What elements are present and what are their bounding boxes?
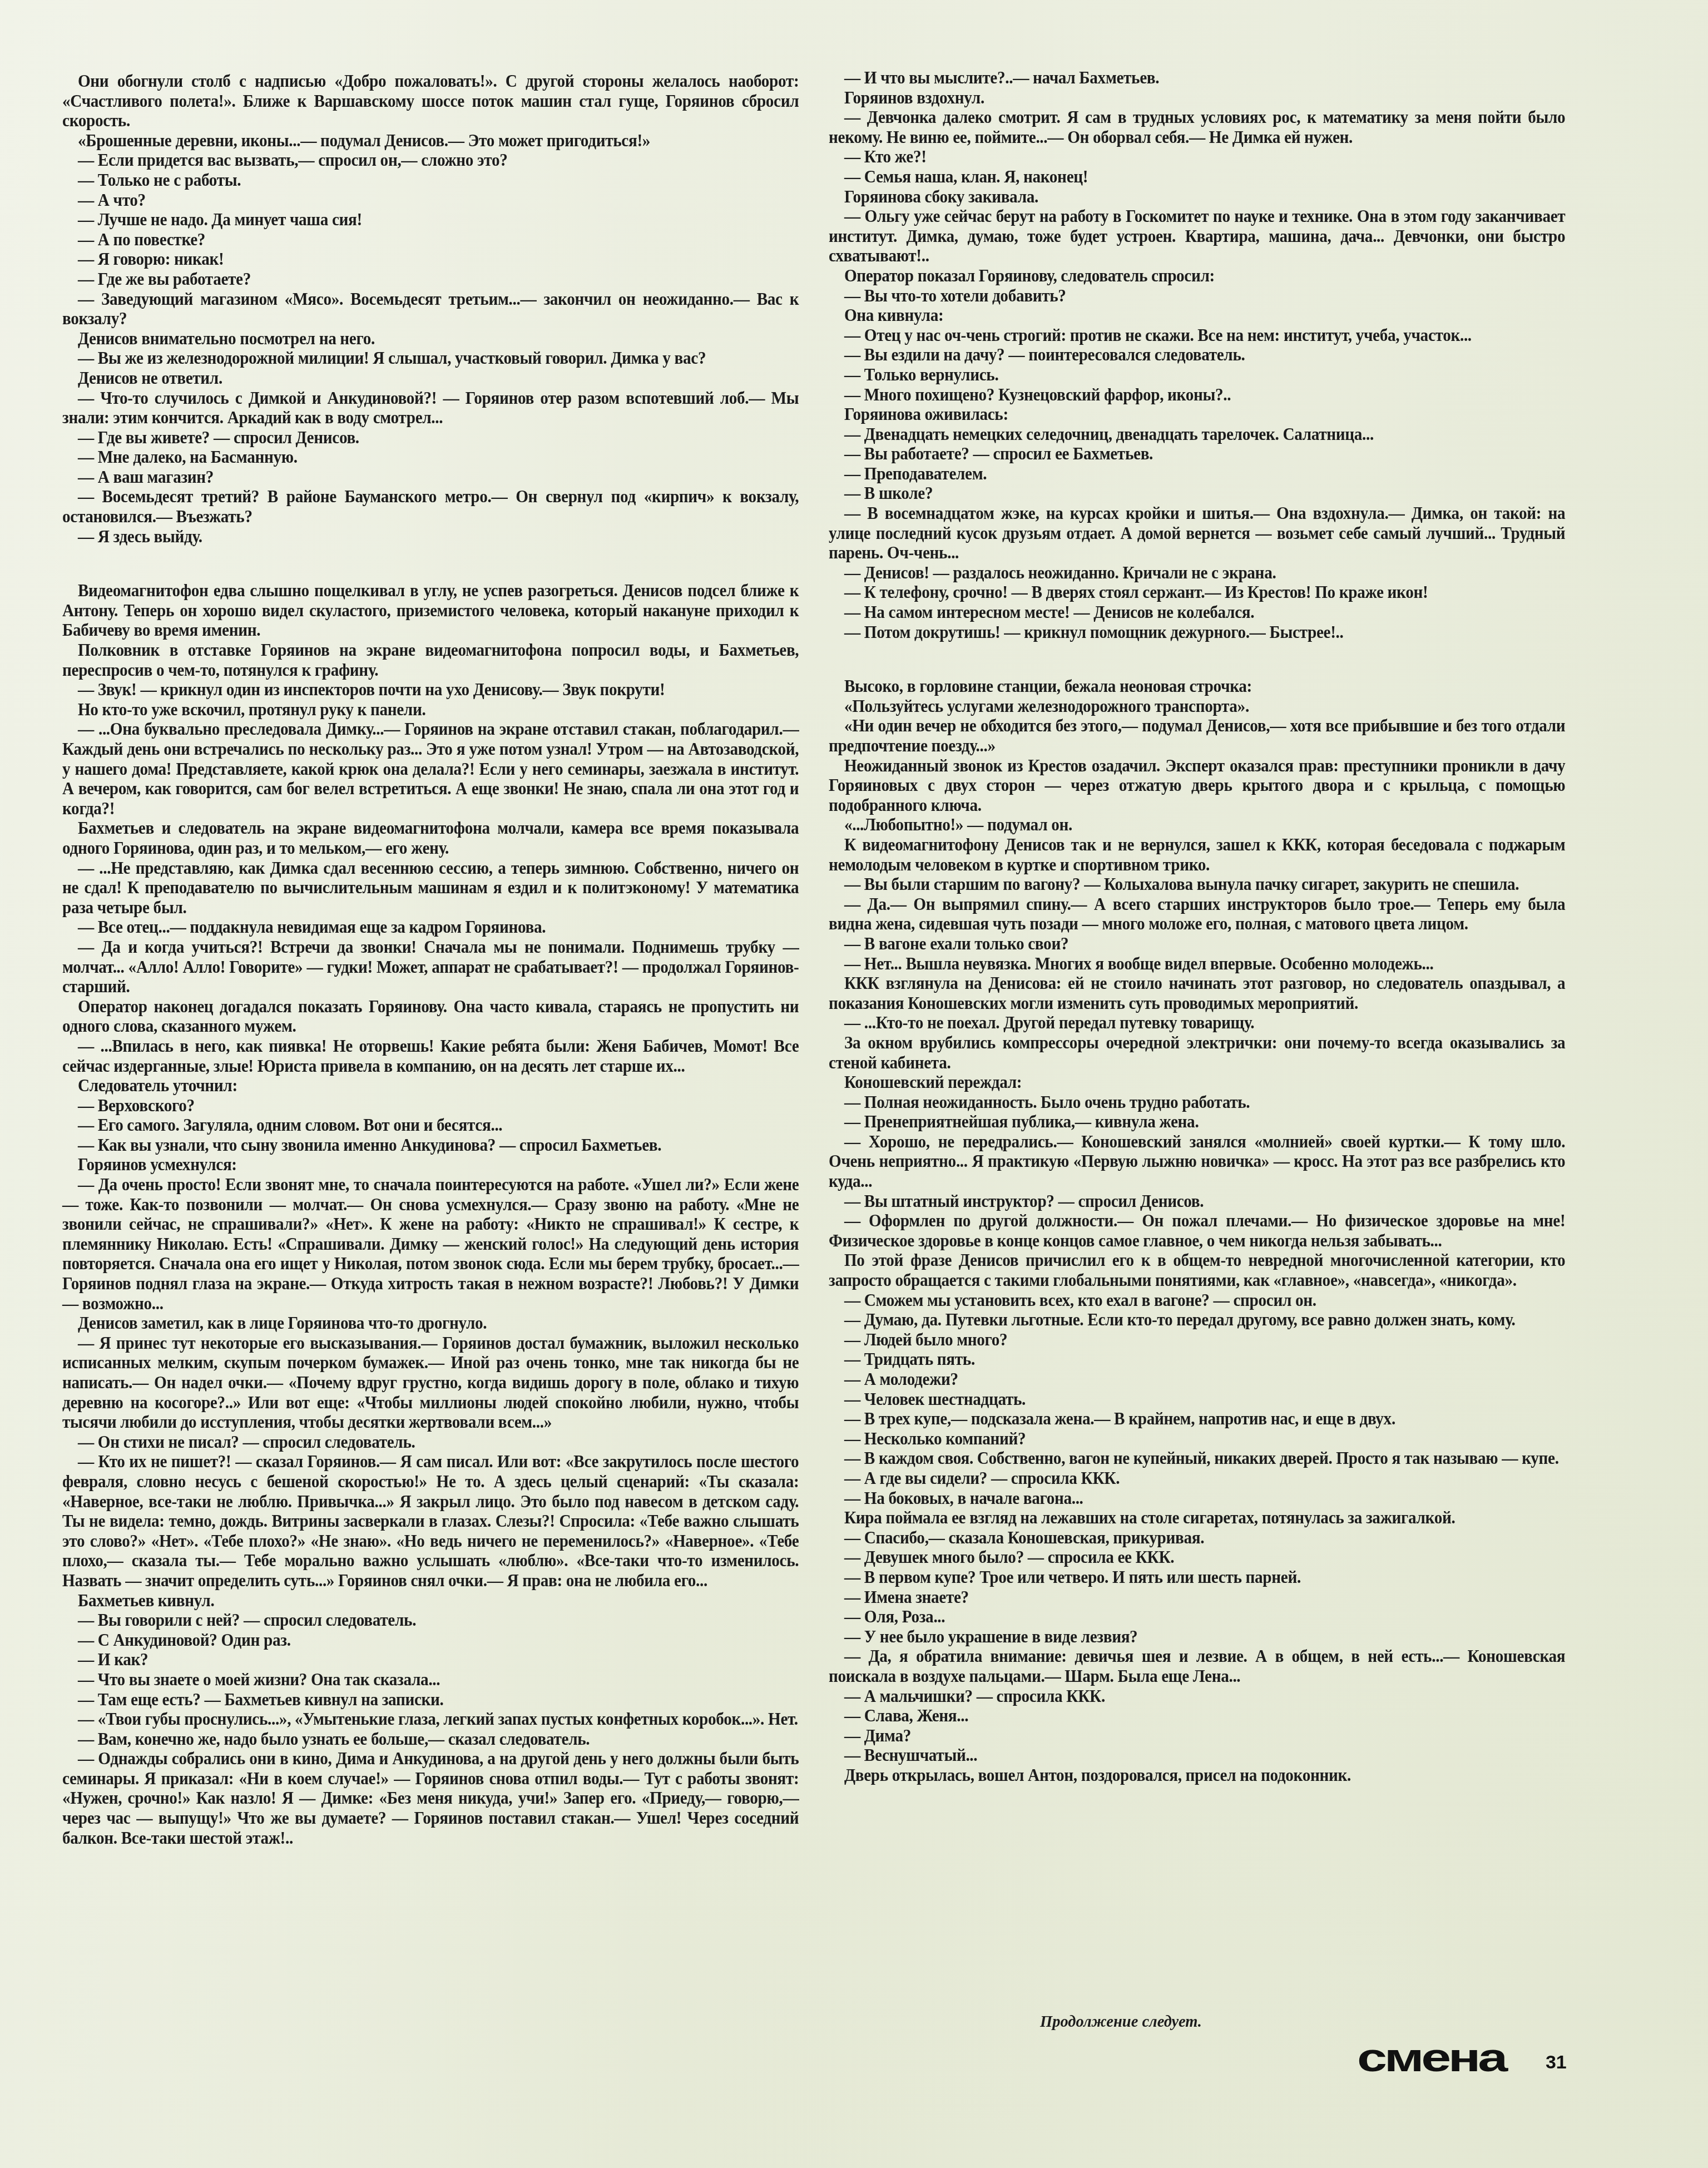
paragraph: — Мне далеко, на Басманную.	[62, 447, 799, 467]
paragraph: — Оля, Роза...	[829, 1607, 1565, 1627]
paragraph: — Пренеприятнейшая публика,— кивнула жен…	[829, 1112, 1565, 1132]
paragraph: — А где вы сидели? — спросила ККК.	[829, 1468, 1565, 1488]
paragraph: — ...Не представляю, как Димка сдал весе…	[62, 858, 799, 918]
paragraph: — Денисов! — раздалось неожиданно. Крича…	[829, 563, 1565, 583]
paragraph: — Оформлен по другой должности.— Он пожа…	[829, 1211, 1565, 1250]
paragraph: — Он стихи не писал? — спросил следовате…	[62, 1432, 799, 1452]
continued-note: Продолжение следует.	[1040, 2012, 1202, 2031]
paragraph: Она кивнула:	[829, 305, 1565, 325]
paragraph: — К телефону, срочно! — В дверях стоял с…	[829, 582, 1565, 602]
paragraph: — Где вы живете? — спросил Денисов.	[62, 428, 799, 448]
paragraph: — В вагоне ехали только свои?	[829, 934, 1565, 954]
paragraph: — Ольгу уже сейчас берут на работу в Гос…	[829, 206, 1565, 266]
paragraph: — Да и когда учиться?! Встречи да звонки…	[62, 937, 799, 997]
paragraph: К видеомагнитофону Денисов так и не верн…	[829, 835, 1565, 874]
paragraph: — Лучше не надо. Да минует чаша сия!	[62, 210, 799, 230]
paragraph: — Много похищено? Кузнецовский фарфор, и…	[829, 385, 1565, 405]
paragraph: Дверь открылась, вошел Антон, поздоровал…	[829, 1765, 1565, 1785]
paragraph: — Веснушчатый...	[829, 1745, 1565, 1765]
paragraph: Неожиданный звонок из Крестов озадачил. …	[829, 756, 1565, 815]
magazine-logo: смена	[1357, 2042, 1505, 2073]
paragraph: — На боковых, в начале вагона...	[829, 1488, 1565, 1508]
paragraph: — И как?	[62, 1650, 799, 1670]
paragraph: Они обогнули столб с надписью «Добро пож…	[62, 71, 799, 131]
paragraph: — Я принес тут некоторые его высказывани…	[62, 1333, 799, 1432]
paragraph: — Да.— Он выпрямил спину.— А всего старш…	[829, 894, 1565, 934]
paragraph: — Имена знаете?	[829, 1587, 1565, 1607]
paragraph: Коношевский переждал:	[829, 1072, 1565, 1092]
paragraph: Полковник в отставке Горяинов на экране …	[62, 640, 799, 680]
paragraph: — А молодежи?	[829, 1369, 1565, 1389]
paragraph: «Ни один вечер не обходится без этого,— …	[829, 716, 1565, 755]
paragraph: — Да, я обратила внимание: девичья шея и…	[829, 1646, 1565, 1686]
paragraph: — Я здесь выйду.	[62, 527, 799, 547]
paragraph: — Вы были старшим по вагону? — Колыхалов…	[829, 874, 1565, 894]
paragraph: — А ваш магазин?	[62, 467, 799, 487]
paragraph: — Полная неожиданность. Было очень трудн…	[829, 1092, 1565, 1112]
paragraph: Денисов внимательно посмотрел на него.	[62, 329, 799, 349]
paragraph: — Людей было много?	[829, 1330, 1565, 1350]
paragraph: Следователь уточнил:	[62, 1076, 799, 1096]
paragraph: — Нет... Вышла неувязка. Многих я вообще…	[829, 954, 1565, 974]
paragraph: — Верховского?	[62, 1096, 799, 1116]
paragraph: — Вы ездили на дачу? — поинтересовался с…	[829, 345, 1565, 365]
paragraph: Высоко, в горловине станции, бежала неон…	[829, 676, 1565, 696]
paragraph: — В восемнадцатом жэке, на курсах кройки…	[829, 503, 1565, 563]
paragraph: — ...Она буквально преследовала Димку...…	[62, 719, 799, 818]
paragraph: — Его самого. Загуляла, одним словом. Во…	[62, 1115, 799, 1135]
paragraph: Оператор показал Горяинову, следователь …	[829, 266, 1565, 286]
paragraph: — Спасибо,— сказала Коношевская, прикури…	[829, 1528, 1565, 1548]
paragraph: — Только вернулись.	[829, 365, 1565, 385]
paragraph: — А мальчишки? — спросила ККК.	[829, 1686, 1565, 1706]
paragraph: — В трех купе,— подсказала жена.— В край…	[829, 1409, 1565, 1429]
paragraph: — Вы что-то хотели добавить?	[829, 286, 1565, 306]
paragraph: — Где же вы работаете?	[62, 269, 799, 289]
paragraph: Горяинов вздохнул.	[829, 88, 1565, 108]
paragraph: — Думаю, да. Путевки льготные. Если кто-…	[829, 1310, 1565, 1330]
paragraph: По этой фразе Денисов причислил его к в …	[829, 1250, 1565, 1290]
paragraph: — Преподавателем.	[829, 464, 1565, 484]
paragraph: — Дима?	[829, 1726, 1565, 1746]
paragraph: — Заведующий магазином «Мясо». Восемьдес…	[62, 289, 799, 329]
paragraph: Бахметьев кивнул.	[62, 1591, 799, 1611]
paragraph: — Я говорю: никак!	[62, 249, 799, 269]
paragraph: «Брошенные деревни, иконы...— подумал Де…	[62, 131, 799, 151]
paragraph: — Кто их не пишет?! — сказал Горяинов.— …	[62, 1452, 799, 1590]
paragraph: — Что вы знаете о моей жизни? Она так ск…	[62, 1670, 799, 1690]
paragraph: — Там еще есть? — Бахметьев кивнул на за…	[62, 1690, 799, 1710]
paragraph: — А по повестке?	[62, 230, 799, 250]
paragraph: Горяинова оживилась:	[829, 404, 1565, 424]
paragraph: Бахметьев и следователь на экране видеом…	[62, 818, 799, 858]
paragraph: — Что-то случилось с Димкой и Анкудиново…	[62, 388, 799, 428]
paragraph: — Восемьдесят третий? В районе Бауманско…	[62, 487, 799, 526]
paragraph: Кира поймала ее взгляд на лежавших на ст…	[829, 1508, 1565, 1528]
paragraph: — На самом интересном месте! — Денисов н…	[829, 602, 1565, 622]
paragraph: Денисов заметил, как в лице Горяинова чт…	[62, 1313, 799, 1333]
paragraph: — Вы же из железнодорожной милиции! Я сл…	[62, 348, 799, 368]
paragraph: «Пользуйтесь услугами железнодорожного т…	[829, 696, 1565, 716]
paragraph: — Человек шестнадцать.	[829, 1389, 1565, 1409]
paragraph: — Отец у нас оч-чень строгий: против не …	[829, 325, 1565, 345]
paragraph: — Двенадцать немецких селедочниц, двенад…	[829, 424, 1565, 444]
paragraph: — ...Кто-то не поехал. Другой передал пу…	[829, 1013, 1565, 1033]
paragraph: — Если придется вас вызвать,— спросил он…	[62, 150, 799, 170]
paragraph: — Вы работаете? — спросил ее Бахметьев.	[829, 444, 1565, 464]
paragraph: — Потом докрутишь! — крикнул помощник де…	[829, 622, 1565, 642]
paragraph: — Да очень просто! Если звонят мне, то с…	[62, 1175, 799, 1313]
paragraph: — Семья наша, клан. Я, наконец!	[829, 167, 1565, 187]
paragraph: — Только не с работы.	[62, 170, 799, 190]
paragraph: — Кто же?!	[829, 147, 1565, 167]
paragraph: — В каждом своя. Собственно, вагон не ку…	[829, 1448, 1565, 1468]
paragraph: За окном врубились компрессоры очередной…	[829, 1033, 1565, 1072]
paragraph: — Несколько компаний?	[829, 1429, 1565, 1449]
paragraph: Денисов не ответил.	[62, 368, 799, 388]
paragraph: — Тридцать пять.	[829, 1349, 1565, 1369]
paragraph: — ...Впилась в него, как пиявка! Не отор…	[62, 1036, 799, 1076]
paragraph: — Девчонка далеко смотрит. Я сам в трудн…	[829, 107, 1565, 147]
paragraph: — Девушек много было? — спросила ее ККК.	[829, 1547, 1565, 1567]
paragraph: Но кто-то уже вскочил, протянул руку к п…	[62, 700, 799, 720]
text-column-right: — И что вы мыслите?..— начал Бахметьев.Г…	[829, 68, 1565, 1785]
paragraph: — У нее было украшение в виде лезвия?	[829, 1627, 1565, 1647]
paragraph: — Вы говорили с ней? — спросил следовате…	[62, 1610, 799, 1630]
paragraph: — «Твои губы проснулись...», «Умытенькие…	[62, 1709, 799, 1729]
paragraph: — Вам, конечно же, надо было узнать ее б…	[62, 1729, 799, 1749]
paragraph: ККК взглянула на Денисова: ей не стоило …	[829, 973, 1565, 1013]
paragraph: — Сможем мы установить всех, кто ехал в …	[829, 1290, 1565, 1310]
paragraph: Видеомагнитофон едва слышно пощелкивал в…	[62, 581, 799, 640]
text-column-left: Они обогнули столб с надписью «Добро пож…	[62, 71, 799, 1848]
paragraph: — А что?	[62, 190, 799, 210]
paragraph: — Хорошо, не передрались.— Коношевский з…	[829, 1132, 1565, 1191]
paragraph: — Слава, Женя...	[829, 1706, 1565, 1726]
paragraph: «...Любопытно!» — подумал он.	[829, 815, 1565, 835]
paragraph: — Однажды собрались они в кино, Дима и А…	[62, 1749, 799, 1848]
paragraph: — Все отец...— поддакнула невидимая еще …	[62, 917, 799, 937]
paragraph: — Как вы узнали, что сыну звонила именно…	[62, 1135, 799, 1155]
paragraph: Оператор наконец догадался показать Горя…	[62, 997, 799, 1036]
page-number: 31	[1546, 2051, 1567, 2073]
paragraph: — С Анкудиновой? Один раз.	[62, 1630, 799, 1650]
paragraph: — Звук! — крикнул один из инспекторов по…	[62, 680, 799, 700]
paragraph: — И что вы мыслите?..— начал Бахметьев.	[829, 68, 1565, 88]
paragraph: — В первом купе? Трое или четверо. И пят…	[829, 1567, 1565, 1587]
paragraph: Горяинов усмехнулся:	[62, 1155, 799, 1175]
paragraph: — Вы штатный инструктор? — спросил Денис…	[829, 1191, 1565, 1211]
paragraph: Горяинова сбоку закивала.	[829, 187, 1565, 207]
magazine-footer: смена 31	[1357, 2042, 1567, 2073]
paragraph: — В школе?	[829, 483, 1565, 503]
